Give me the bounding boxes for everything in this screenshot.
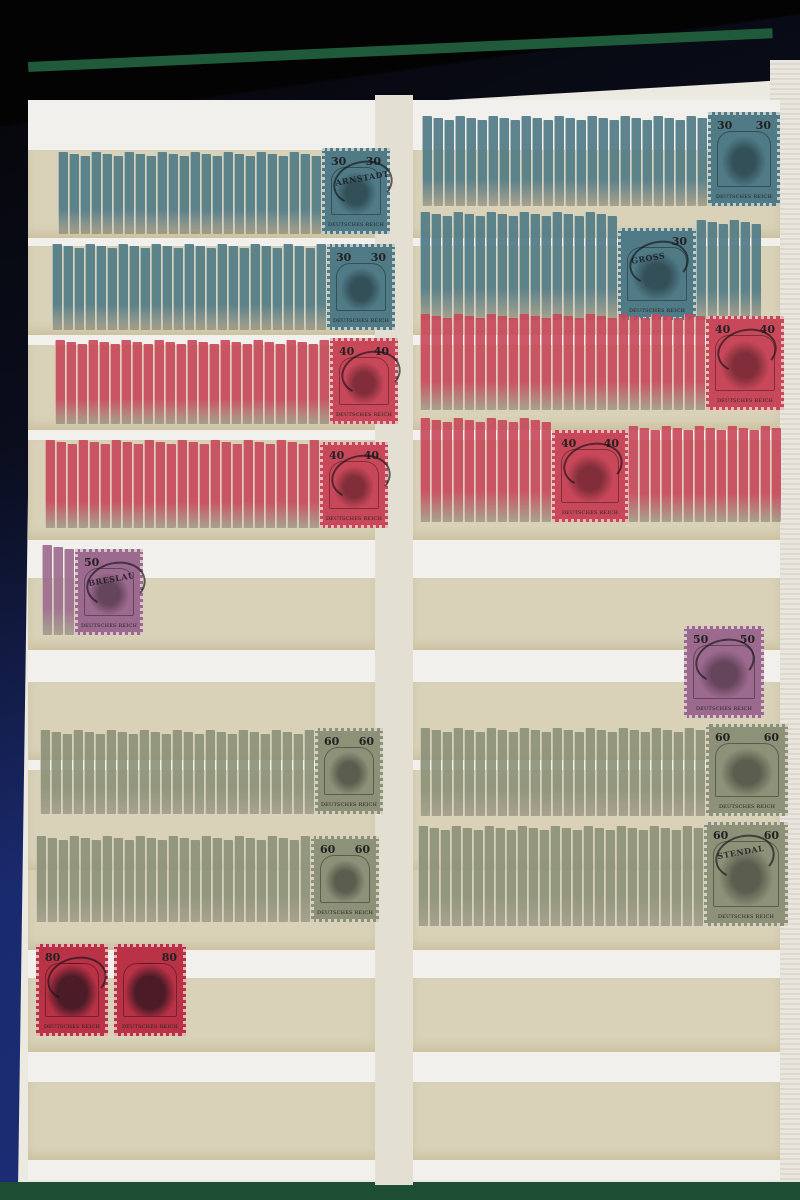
stamp-edge <box>760 426 770 522</box>
stamp-edge <box>117 732 127 814</box>
stamp-edge <box>124 840 134 922</box>
stamp-edge <box>168 154 178 234</box>
stamp-legend: DEUTSCHES REICH <box>39 1024 105 1030</box>
stamp-edge <box>486 728 496 816</box>
overlapping-stamps <box>45 440 320 528</box>
overlapping-stamps <box>420 728 706 816</box>
stamp-60: 60 60 DEUTSCHES REICH <box>706 724 788 816</box>
stamp-edge <box>771 428 781 522</box>
stamp-edge <box>304 730 314 814</box>
stamp-edge <box>168 836 178 922</box>
stamp-edge <box>497 730 507 816</box>
left-row-4: 40 40 DEUTSCHES REICH <box>45 440 388 528</box>
stamp-edge <box>420 212 430 320</box>
stamp-edge <box>464 316 474 410</box>
stamp-edge <box>506 830 516 926</box>
stamp-edge <box>444 120 454 206</box>
stamp-edge <box>150 732 160 814</box>
stamp-edge <box>510 120 520 206</box>
stamp-edge <box>607 216 617 320</box>
stamp-edge <box>58 840 68 922</box>
overlapping-stamps <box>52 244 327 330</box>
stamp-edge <box>95 734 105 814</box>
overlapping-stamps <box>418 826 704 926</box>
stamp-edge <box>695 316 705 410</box>
stamp-edge <box>587 116 597 206</box>
overlapping-stamps <box>422 116 708 206</box>
stamp-edge <box>442 216 452 320</box>
stamp-edge <box>52 244 62 330</box>
stamp-edge <box>223 152 233 234</box>
germania-portrait <box>320 855 370 903</box>
stamp-edge <box>541 422 551 522</box>
stamp-edge <box>187 340 197 424</box>
stamp-edge <box>102 836 112 922</box>
stamp-edge <box>300 836 310 922</box>
stamp-edge <box>234 154 244 234</box>
stamp-edge <box>561 828 571 926</box>
stamp-edge <box>729 220 739 320</box>
stamp-edge <box>442 318 452 410</box>
stamp-edge <box>464 730 474 816</box>
stamp-edge <box>195 246 205 330</box>
stamp-legend: DEUTSCHES REICH <box>314 910 376 916</box>
stamp-50: 50 50 DEUTSCHES REICH <box>684 626 764 718</box>
stamp-edge <box>453 728 463 816</box>
stamp-edge <box>135 154 145 234</box>
stockbook-strip <box>412 1160 780 1180</box>
stamp-edge <box>256 840 266 922</box>
stamp-40: 40 40 DEUTSCHES REICH <box>330 338 398 424</box>
stamp-edge <box>73 730 83 814</box>
stamp-edge <box>664 118 674 206</box>
stamp-edge <box>42 545 52 635</box>
stockbook-strip <box>28 100 376 150</box>
stamp-edge <box>453 418 463 522</box>
stamp-edge <box>88 340 98 424</box>
stamp-edge <box>563 316 573 410</box>
stamp-edge <box>62 734 72 814</box>
stamp-edge <box>585 212 595 320</box>
stamp-edge <box>420 314 430 410</box>
stamp-edge <box>420 728 430 816</box>
stamp-edge <box>166 444 176 528</box>
stamp-edge <box>585 728 595 816</box>
stamp-edge <box>563 214 573 320</box>
stamp-edge <box>464 214 474 320</box>
stamp-edge <box>140 248 150 330</box>
germania-portrait <box>336 263 386 311</box>
right-row-7: 60 60 STENDAL DEUTSCHES REICH <box>418 822 788 926</box>
stamp-edge <box>642 120 652 206</box>
germania-portrait <box>717 131 771 187</box>
stamp-edge <box>672 428 682 522</box>
stamp-edge <box>287 442 297 528</box>
stamp-edge <box>640 318 650 410</box>
stamp-80: 80 DEUTSCHES REICH <box>36 944 108 1036</box>
stamp-edge <box>177 440 187 528</box>
stamp-edge <box>497 214 507 320</box>
stamp-edge <box>453 314 463 410</box>
stamp-edge <box>221 442 231 528</box>
stamp-60: 60 60 STENDAL DEUTSCHES REICH <box>704 822 788 926</box>
stamp-edge <box>45 440 55 528</box>
stamp-edge <box>261 246 271 330</box>
stamp-edge <box>190 840 200 922</box>
stamp-80: 80 DEUTSCHES REICH <box>114 944 186 1036</box>
stamp-edge <box>216 732 226 814</box>
germania-portrait <box>123 963 177 1017</box>
stamp-edge <box>80 838 90 922</box>
stamp-edge <box>157 152 167 234</box>
stamp-edge <box>212 838 222 922</box>
stamp-legend: DEUTSCHES REICH <box>318 802 380 808</box>
stockbook-strip <box>28 1160 376 1180</box>
stamp-edge <box>77 344 87 424</box>
stamp-edge <box>289 152 299 234</box>
stamp-edge <box>607 732 617 816</box>
stamp-edge <box>228 246 238 330</box>
stamp-edge <box>198 342 208 424</box>
left-row-7: 60 60 DEUTSCHES REICH <box>36 836 379 922</box>
stamp-edge <box>107 248 117 330</box>
overlapping-stamps <box>420 418 552 522</box>
stamp-edge <box>572 830 582 926</box>
stamp-edge <box>264 342 274 424</box>
stamp-edge <box>684 314 694 410</box>
stamp-edge <box>695 730 705 816</box>
stamp-edge <box>267 836 277 922</box>
stamp-edge <box>718 224 728 320</box>
stamp-edge <box>51 732 61 814</box>
stamp-edge <box>640 732 650 816</box>
stamp-edge <box>173 248 183 330</box>
stamp-edge <box>519 728 529 816</box>
stamp-legend: DEUTSCHES REICH <box>709 804 785 810</box>
stamp-edge <box>316 244 326 330</box>
stamp-edge <box>110 344 120 424</box>
stamp-edge <box>418 826 428 926</box>
stamp-edge <box>254 442 264 528</box>
stamp-edge <box>620 116 630 206</box>
stamp-edge <box>552 212 562 320</box>
stamp-edge <box>650 430 660 522</box>
stamp-edge <box>609 120 619 206</box>
stamp-edge <box>508 732 518 816</box>
stamp-edge <box>738 428 748 522</box>
stamp-edge <box>220 340 230 424</box>
stamp-edge <box>673 318 683 410</box>
stamp-edge <box>705 428 715 522</box>
stamp-edge <box>154 340 164 424</box>
stamp-edge <box>256 152 266 234</box>
stamp-edge <box>675 120 685 206</box>
stamp-edge <box>271 730 281 814</box>
stamp-edge <box>486 314 496 410</box>
stamp-edge <box>662 316 672 410</box>
stamp-edge <box>289 840 299 922</box>
stamp-edge <box>649 826 659 926</box>
stamp-edge <box>598 118 608 206</box>
stamp-edge <box>212 156 222 234</box>
stamp-edge <box>552 314 562 410</box>
stamp-edge <box>209 344 219 424</box>
stamp-edge <box>155 442 165 528</box>
stamp-edge <box>453 212 463 320</box>
stamp-30: 30 30 DEUTSCHES REICH <box>708 112 780 206</box>
stamp-edge <box>199 444 209 528</box>
stamp-legend: DEUTSCHES REICH <box>78 623 140 629</box>
stamp-edge <box>297 342 307 424</box>
stamp-edge <box>530 214 540 320</box>
stamp-edge <box>497 316 507 410</box>
stamp-edge <box>671 830 681 926</box>
stamp-edge <box>475 318 485 410</box>
stamp-edge <box>217 244 227 330</box>
stamp-edge <box>576 120 586 206</box>
left-row-3: 40 40 DEUTSCHES REICH <box>55 338 398 424</box>
stamp-edge <box>594 828 604 926</box>
stamp-edge <box>618 728 628 816</box>
stamp-edge <box>422 116 432 206</box>
stamp-edge <box>682 826 692 926</box>
stamp-legend: DEUTSCHES REICH <box>709 398 781 404</box>
stamp-edge <box>629 730 639 816</box>
left-row-8: 80 DEUTSCHES REICH 80 DEUTSCHES REICH <box>36 944 186 1036</box>
stamp-edge <box>451 826 461 926</box>
stamp-legend: DEUTSCHES REICH <box>117 1024 183 1030</box>
stamp-edge <box>508 216 518 320</box>
overlapping-stamps <box>696 220 762 320</box>
stamp-60: 60 60 DEUTSCHES REICH <box>315 728 383 814</box>
stamp-edge <box>298 444 308 528</box>
stamp-edge <box>629 316 639 410</box>
stamp-edge <box>495 828 505 926</box>
stamp-30: 30 30 ARNSTADT DEUTSCHES REICH <box>322 148 390 234</box>
stamp-edge <box>543 120 553 206</box>
stamp-edge <box>78 440 88 528</box>
stamp-edge <box>286 340 296 424</box>
stamp-40: 40 40 DEUTSCHES REICH <box>552 430 628 522</box>
stamp-edge <box>275 344 285 424</box>
stamp-edge <box>464 420 474 522</box>
stamp-edge <box>716 430 726 522</box>
stamp-edge <box>574 216 584 320</box>
stamp-edge <box>508 318 518 410</box>
stamp-edge <box>627 828 637 926</box>
stamp-edge <box>565 118 575 206</box>
stamp-edge <box>176 344 186 424</box>
stamp-edge <box>245 838 255 922</box>
stamp-edge <box>751 224 761 320</box>
stockbook-strip <box>28 650 376 682</box>
right-row-4: 40 40 DEUTSCHES REICH <box>420 418 782 522</box>
stamp-edge <box>151 244 161 330</box>
stamp-edge <box>89 442 99 528</box>
stamp-edge <box>574 318 584 410</box>
stamp-edge <box>517 826 527 926</box>
stamp-edge <box>662 730 672 816</box>
stamp-edge <box>583 826 593 926</box>
stamp-edge <box>243 440 253 528</box>
stamp-edge <box>69 154 79 234</box>
stamp-edge <box>653 116 663 206</box>
stamp-edge <box>205 730 215 814</box>
stamp-edge <box>66 342 76 424</box>
stamp-edge <box>111 440 121 528</box>
stamp-edge <box>210 440 220 528</box>
stamp-30: 30 30 DEUTSCHES REICH <box>327 244 395 330</box>
stamp-edge <box>530 730 540 816</box>
stamp-edge <box>272 248 282 330</box>
stamp-edge <box>727 426 737 522</box>
stamp-edge <box>40 730 50 814</box>
stamp-edge <box>749 430 759 522</box>
stamp-edge <box>420 418 430 522</box>
stamp-legend: DEUTSCHES REICH <box>323 516 385 522</box>
stockbook-strip <box>412 1052 780 1082</box>
stamp-edge <box>530 420 540 522</box>
stamp-edge <box>135 836 145 922</box>
stamp-edge <box>521 116 531 206</box>
stamp-edge <box>605 830 615 926</box>
stamp-edge <box>278 156 288 234</box>
stamp-edge <box>69 836 79 922</box>
stamp-edge <box>694 426 704 522</box>
stamp-edge <box>179 156 189 234</box>
stamp-edge <box>541 732 551 816</box>
stamp-edge <box>308 344 318 424</box>
overlapping-stamps <box>42 545 75 635</box>
stamp-edge <box>684 728 694 816</box>
stamp-edge <box>201 154 211 234</box>
stamp-edge <box>651 728 661 816</box>
stamp-legend: DEUTSCHES REICH <box>325 222 387 228</box>
stamp-edge <box>143 344 153 424</box>
stamp-edge <box>433 118 443 206</box>
stamp-edge <box>146 838 156 922</box>
stamp-edge <box>519 418 529 522</box>
stamp-edge <box>563 730 573 816</box>
stamp-edge <box>227 734 237 814</box>
stockbook-strip <box>412 978 780 1052</box>
stamp-edge <box>64 549 74 635</box>
stamp-50: 50 BRESLAU DEUTSCHES REICH <box>75 549 143 635</box>
stamp-edge <box>113 156 123 234</box>
stamp-edge <box>250 244 260 330</box>
stamp-edge <box>85 244 95 330</box>
stamp-edge <box>91 840 101 922</box>
right-row-1: 30 30 DEUTSCHES REICH <box>422 112 780 206</box>
stamp-legend: DEUTSCHES REICH <box>555 510 625 516</box>
stamp-edge <box>55 340 65 424</box>
stamp-edge <box>161 734 171 814</box>
stamp-edge <box>686 116 696 206</box>
stamp-edge <box>47 838 57 922</box>
stamp-edge <box>740 222 750 320</box>
stamp-edge <box>661 426 671 522</box>
stamp-edge <box>519 212 529 320</box>
stamp-edge <box>146 156 156 234</box>
stamp-edge <box>475 216 485 320</box>
stamp-edge <box>462 828 472 926</box>
stamp-edge <box>311 156 321 234</box>
stamp-edge <box>231 342 241 424</box>
stamp-legend: DEUTSCHES REICH <box>333 412 395 418</box>
stamp-edge <box>477 120 487 206</box>
stamp-edge <box>305 248 315 330</box>
stamp-edge <box>696 220 706 320</box>
stamp-edge <box>431 420 441 522</box>
stamp-edge <box>309 440 319 528</box>
stamp-edge <box>631 118 641 206</box>
overlapping-stamps <box>40 730 315 814</box>
stamp-edge <box>53 547 63 635</box>
stamp-edge <box>245 156 255 234</box>
stamp-edge <box>190 152 200 234</box>
stamp-edge <box>532 118 542 206</box>
stamp-edge <box>99 342 109 424</box>
stamp-edge <box>530 316 540 410</box>
stamp-edge <box>554 116 564 206</box>
overlapping-stamps <box>36 836 311 922</box>
stamp-edge <box>242 344 252 424</box>
stamp-edge <box>157 840 167 922</box>
stamp-edge <box>84 732 94 814</box>
stamp-edge <box>239 248 249 330</box>
stamp-edge <box>294 246 304 330</box>
stamp-legend: DEUTSCHES REICH <box>711 194 777 200</box>
stamp-edge <box>67 444 77 528</box>
stamp-edge <box>249 732 259 814</box>
overlapping-stamps <box>420 212 618 320</box>
stamp-edge <box>132 342 142 424</box>
overlapping-stamps <box>55 340 330 424</box>
stamp-edge <box>96 246 106 330</box>
stamp-edge <box>519 314 529 410</box>
right-row-5: 50 50 DEUTSCHES REICH <box>684 626 764 718</box>
stamp-edge <box>639 428 649 522</box>
stamp-edge <box>638 830 648 926</box>
stamp-edge <box>539 830 549 926</box>
stamp-edge <box>486 418 496 522</box>
germania-portrait <box>324 747 374 795</box>
left-row-6: 60 60 DEUTSCHES REICH <box>40 728 383 814</box>
stamp-edge <box>596 730 606 816</box>
left-row-2: 30 30 DEUTSCHES REICH <box>52 244 395 330</box>
stamp-edge <box>707 222 717 320</box>
overlapping-stamps <box>628 426 782 522</box>
stamp-edge <box>616 826 626 926</box>
right-row-3: 40 40 DEUTSCHES REICH <box>420 314 784 410</box>
stamp-edge <box>673 732 683 816</box>
stamp-edge <box>651 314 661 410</box>
right-row-6: 60 60 DEUTSCHES REICH <box>420 724 788 816</box>
stamp-edge <box>475 732 485 816</box>
stamp-edge <box>106 730 116 814</box>
stamp-edge <box>118 244 128 330</box>
stamp-edge <box>282 732 292 814</box>
stamp-edge <box>267 154 277 234</box>
stamp-legend: DEUTSCHES REICH <box>330 318 392 324</box>
stockbook-strip <box>412 540 780 578</box>
stamp-edge <box>293 734 303 814</box>
stamp-edge <box>429 828 439 926</box>
stamp-30: 30 GROSS DEUTSCHES REICH <box>618 228 696 320</box>
stamp-edge <box>121 340 131 424</box>
stamp-edge <box>278 838 288 922</box>
stamp-edge <box>36 836 46 922</box>
